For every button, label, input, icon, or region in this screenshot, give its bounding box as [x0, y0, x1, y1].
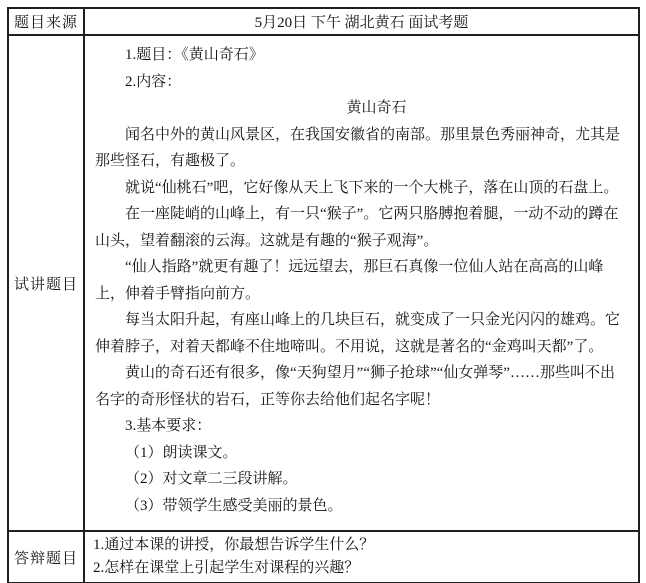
defense-question-item: 1.通过本课的讲授，你最想告诉学生什么？ [93, 534, 630, 557]
defense-question-content: 1.通过本课的讲授，你最想告诉学生什么？ 2.怎样在课堂上引起学生对课程的兴趣？ [84, 531, 639, 583]
requirement-item: （1）朗读课文。 [95, 440, 628, 467]
exam-question-table: 题目来源 5月20日 下午 湖北黄石 面试考题 试讲题目 1.题目：《黄山奇石》… [7, 7, 640, 583]
row-question-source: 题目来源 5月20日 下午 湖北黄石 面试考题 [8, 8, 639, 35]
lecture-item-title: 1.题目：《黄山奇石》 [95, 42, 628, 69]
question-source-label: 题目来源 [8, 8, 84, 35]
requirement-item: （2）对文章二三段讲解。 [95, 466, 628, 493]
essay-paragraph: 闻名中外的黄山风景区，在我国安徽省的南部。那里景色秀丽神奇，尤其是那些怪石，有趣… [95, 122, 628, 175]
essay-paragraph: “仙人指路”就更有趣了！远远望去，那巨石真像一位仙人站在高高的山峰上，伸着手臂指… [95, 254, 628, 307]
essay-paragraph: 就说“仙桃石”吧，它好像从天上飞下来的一个大桃子，落在山顶的石盘上。 [95, 175, 628, 202]
defense-question-item: 2.怎样在课堂上引起学生对课程的兴趣？ [93, 557, 630, 580]
essay-paragraph: 在一座陡峭的山峰上，有一只“猴子”。它两只胳膊抱着腿，一动不动的蹲在山头，望着翻… [95, 201, 628, 254]
essay-paragraph: 每当太阳升起，有座山峰上的几块巨石，就变成了一只金光闪闪的雄鸡。它伸着脖子，对着… [95, 307, 628, 360]
row-lecture-question: 试讲题目 1.题目：《黄山奇石》 2.内容： 黄山奇石 闻名中外的黄山风景区，在… [8, 35, 639, 531]
exam-question-sheet: 题目来源 5月20日 下午 湖北黄石 面试考题 试讲题目 1.题目：《黄山奇石》… [0, 0, 646, 583]
lecture-question-content: 1.题目：《黄山奇石》 2.内容： 黄山奇石 闻名中外的黄山风景区，在我国安徽省… [84, 35, 639, 531]
lecture-item-requirements: 3.基本要求： [95, 413, 628, 440]
essay-title: 黄山奇石 [95, 95, 628, 122]
row-defense-question: 答辩题目 1.通过本课的讲授，你最想告诉学生什么？ 2.怎样在课堂上引起学生对课… [8, 531, 639, 583]
essay-paragraph: 黄山的奇石还有很多，像“天狗望月”“狮子抢球”“仙女弹琴”……那些叫不出名字的奇… [95, 360, 628, 413]
requirement-item: （3）带领学生感受美丽的景色。 [95, 493, 628, 520]
lecture-question-label: 试讲题目 [8, 35, 84, 531]
lecture-item-content: 2.内容： [95, 69, 628, 96]
question-source-value: 5月20日 下午 湖北黄石 面试考题 [84, 8, 639, 35]
defense-question-label: 答辩题目 [8, 531, 84, 583]
